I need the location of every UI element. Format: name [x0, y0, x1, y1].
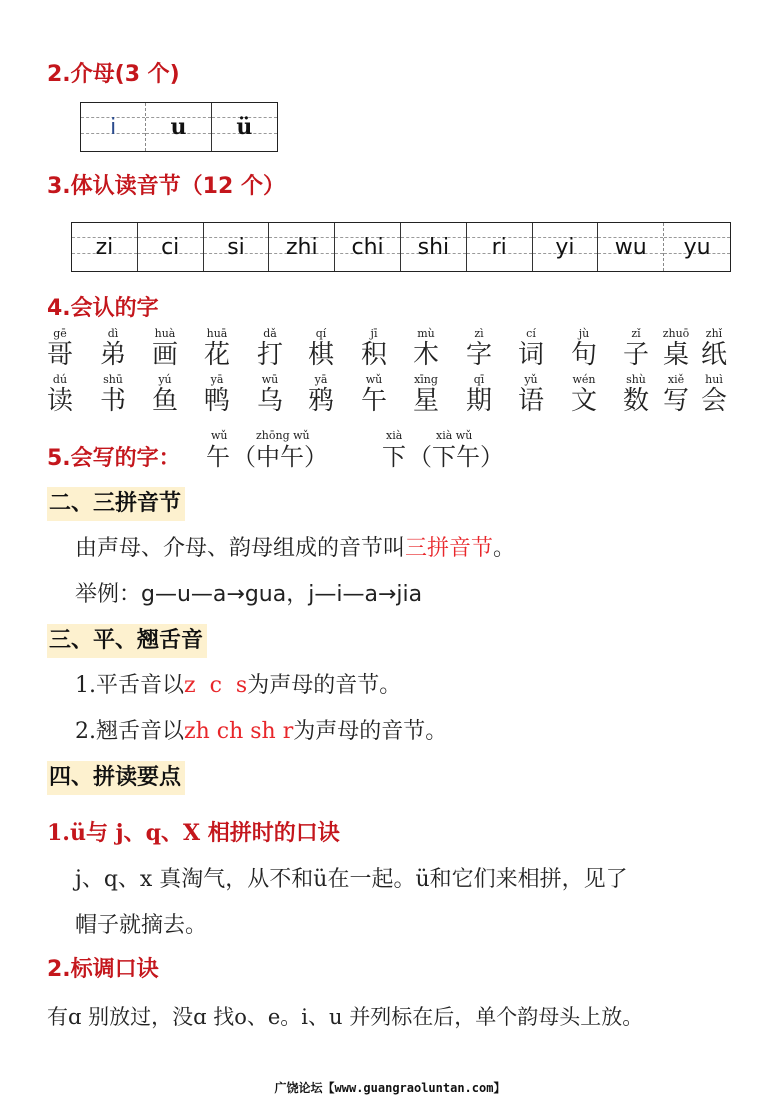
part-4-sub-1-line-2: 帽子就摘去。 — [75, 911, 207, 941]
part-3-line-1: 1.平舌音以z c s为声母的音节。 — [75, 671, 401, 701]
part-3-heading: 三、平、翘舌音 — [47, 624, 207, 658]
char-item: yú鱼 — [145, 374, 185, 416]
char-item: shù数 — [616, 374, 656, 416]
grid-cell: zhi — [269, 223, 335, 271]
char-item: dú读 — [40, 374, 80, 416]
highlight-term: 三拼音节 — [405, 536, 493, 561]
grid-cell: wu — [598, 223, 664, 271]
char-item: yā鸭 — [197, 374, 237, 416]
part-4-sub-2-line: 有ɑ 别放过，没ɑ 找o、e。i、u 并列标在后，单个韵母头上放。 — [47, 1002, 643, 1032]
grid-cell: u — [146, 103, 211, 151]
part-3-line-2: 2.翘舌音以zh ch sh r为声母的音节。 — [75, 717, 447, 747]
char-item: mù木 — [406, 328, 446, 370]
grid-cell: shi — [401, 223, 467, 271]
char-item: gē哥 — [40, 328, 80, 370]
part-4-sub-1-line-1: j、q、x 真淘气，从不和ü在一起。ü和它们来相拼，见了 — [75, 865, 628, 895]
char-item: huā花 — [197, 328, 237, 370]
char-item: yǔ语 — [511, 374, 551, 416]
char-item: zì字 — [459, 328, 499, 370]
write-char-item: zhōng wǔ（中午） — [232, 430, 328, 472]
grid-cell: si — [204, 223, 270, 271]
char-item: zhǐ纸 — [694, 328, 734, 370]
char-item: dǎ打 — [250, 328, 290, 370]
section-4-title: 4.会认的字 — [47, 296, 159, 322]
highlight-initials: zh ch sh r — [184, 719, 293, 744]
char-item: jī积 — [354, 328, 394, 370]
char-item: dì弟 — [93, 328, 133, 370]
char-item: zǐ子 — [616, 328, 656, 370]
write-char-item: wǔ午 — [206, 430, 230, 472]
write-char-item: xià wǔ（下午） — [408, 430, 504, 472]
char-item: wén文 — [564, 374, 604, 416]
grid-cell: ü — [212, 103, 277, 151]
write-char-item: xià下 — [382, 430, 406, 472]
char-item: jù句 — [564, 328, 604, 370]
char-item: zhuō桌 — [656, 328, 696, 370]
part-4-sub-1-title: 1.ü与 j、q、X 相拼时的口诀 — [47, 820, 340, 846]
grid-cell: chi — [335, 223, 401, 271]
char-item: wū乌 — [250, 374, 290, 416]
char-item: xīng星 — [406, 374, 446, 416]
grid-cell: yu — [664, 223, 730, 271]
part-2-example: 举例：g—u—a→gua，j—i—a→jia — [75, 580, 422, 610]
footer-watermark: 广饶论坛【www.guangraoluntan.com】 — [0, 1079, 780, 1096]
section-2-title: 2.介母(3 个) — [47, 62, 180, 88]
grid-cell: ri — [467, 223, 533, 271]
char-item: huà画 — [145, 328, 185, 370]
char-item: yā鸦 — [301, 374, 341, 416]
part-2-heading: 二、三拼音节 — [47, 487, 185, 521]
part-2-definition: 由声母、介母、韵母组成的音节叫三拼音节。 — [75, 534, 515, 564]
grid-cell: ci — [138, 223, 204, 271]
part-4-heading: 四、拼读要点 — [47, 761, 185, 795]
medial-grid: i u ü — [80, 102, 278, 152]
char-item: wǔ午 — [354, 374, 394, 416]
syllable-grid: zi ci si zhi chi shi ri yi wu yu — [71, 222, 731, 272]
char-item: xiě写 — [656, 374, 696, 416]
section-5-title: 5.会写的字： — [47, 446, 181, 472]
highlight-initials: z c s — [184, 673, 247, 698]
char-item: qí棋 — [301, 328, 341, 370]
section-3-title: 3.体认读音节（12 个） — [47, 174, 285, 200]
part-4-sub-2-title: 2.标调口诀 — [47, 957, 159, 983]
grid-cell: i — [81, 103, 146, 151]
char-item: cí词 — [511, 328, 551, 370]
char-item: shū书 — [93, 374, 133, 416]
char-item: huì会 — [694, 374, 734, 416]
grid-cell: zi — [72, 223, 138, 271]
grid-cell: yi — [533, 223, 599, 271]
char-item: qī期 — [459, 374, 499, 416]
